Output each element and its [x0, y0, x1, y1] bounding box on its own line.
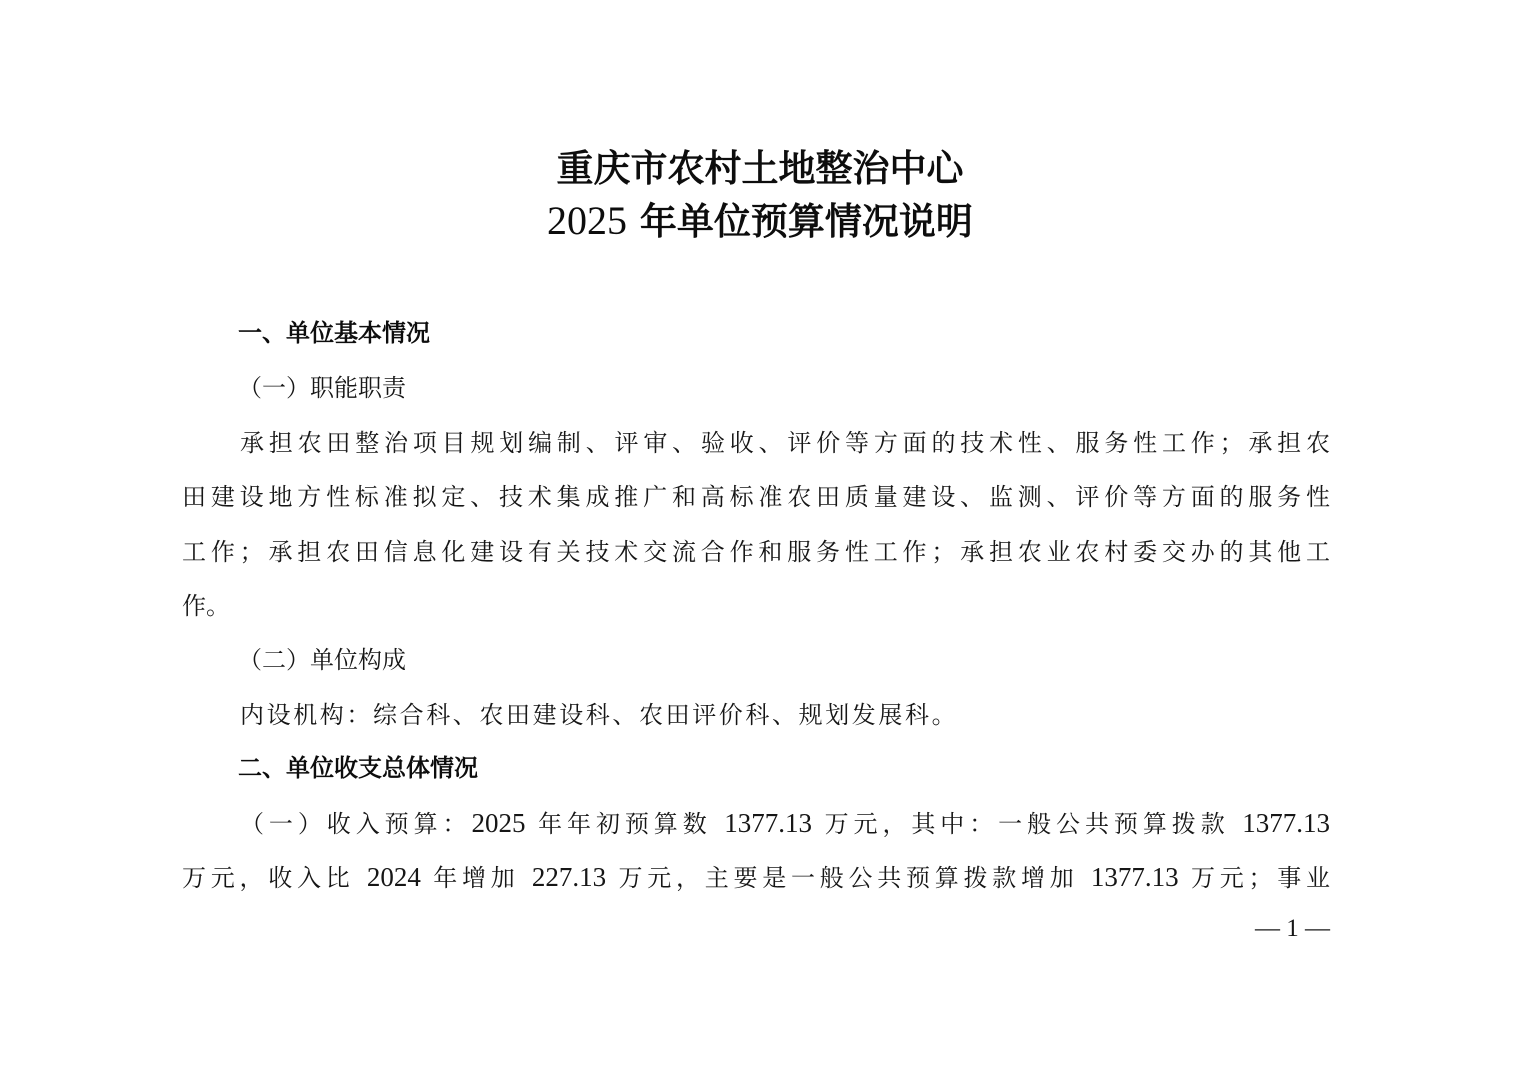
text-fragment: 万元，主要是一般公共预算拨款增加 — [606, 864, 1091, 892]
section-heading-1: 一、单位基本情况 — [238, 318, 430, 348]
year-value: 2024 — [367, 862, 421, 892]
text-fragment: 年增加 — [421, 864, 532, 892]
subsection-heading-duties: （一）职能职责 — [238, 373, 406, 403]
paragraph-line: 承担农田整治项目规划编制、评审、验收、评价等方面的技术性、服务性工作；承担农 — [240, 428, 1330, 458]
text-fragment: 万元，收入比 — [182, 864, 367, 892]
text-fragment: 万元，其中：一般公共预算拨款 — [812, 810, 1242, 838]
document-page: 重庆市农村土地整治中心 2025 年单位预算情况说明 一、单位基本情况 （一）职… — [0, 0, 1520, 1074]
text-fragment: 年年初预算数 — [526, 810, 725, 838]
text-fragment: 万元；事业 — [1179, 864, 1330, 892]
year-value: 2025 — [472, 808, 526, 838]
page-number: — 1 — — [1255, 914, 1330, 944]
paragraph-line-departments: 内设机构：综合科、农田建设科、农田评价科、规划发展科。 — [240, 700, 958, 730]
paragraph-line: 作。 — [182, 591, 1330, 621]
income-budget-label: （一）收入预算： — [240, 810, 472, 838]
amount-value: 1377.13 — [1242, 808, 1330, 838]
amount-value: 1377.13 — [724, 808, 812, 838]
section-heading-2: 二、单位收支总体情况 — [238, 753, 478, 783]
paragraph-line: 田建设地方性标准拟定、技术集成推广和高标准农田质量建设、监测、评价等方面的服务性 — [182, 482, 1330, 512]
paragraph-income-line2: 万元，收入比 2024 年增加 227.13 万元，主要是一般公共预算拨款增加 … — [182, 862, 1330, 893]
subsection-heading-composition: （二）单位构成 — [238, 645, 406, 675]
amount-value: 227.13 — [532, 862, 606, 892]
title-rest: 年单位预算情况说明 — [627, 199, 973, 243]
document-title-line1: 重庆市农村土地整治中心 — [0, 145, 1520, 191]
document-title-line2: 2025 年单位预算情况说明 — [0, 198, 1520, 244]
title-year: 2025 — [547, 198, 627, 243]
paragraph-line: 工作；承担农田信息化建设有关技术交流合作和服务性工作；承担农业农村委交办的其他工 — [182, 537, 1330, 567]
paragraph-income-line1: （一）收入预算：2025 年年初预算数 1377.13 万元，其中：一般公共预算… — [240, 808, 1330, 839]
amount-value: 1377.13 — [1091, 862, 1179, 892]
